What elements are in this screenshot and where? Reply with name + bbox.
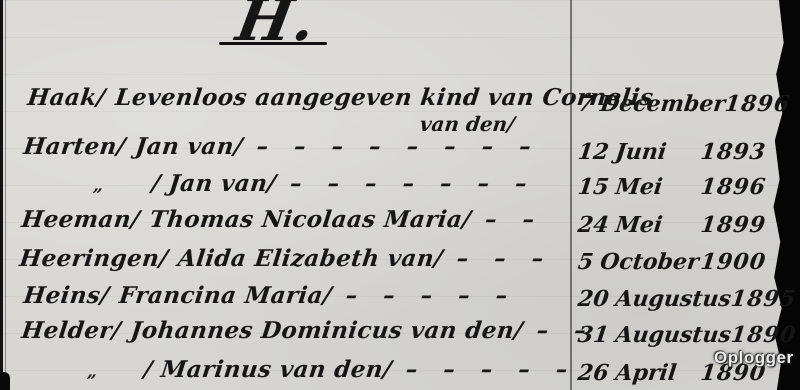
- date-day: 12: [576, 139, 610, 165]
- date-month: Augustus: [614, 286, 733, 312]
- entry-given-names: Johannes Dominicus van den/: [129, 317, 524, 344]
- entry-surname: Harten/: [22, 133, 127, 160]
- entry-given-names: Francina Maria/: [118, 282, 334, 309]
- date-year: 1893: [699, 139, 769, 165]
- date-year: 1899: [699, 212, 769, 238]
- entry-date: 20Augustus1895: [576, 286, 769, 312]
- entry-date: 7December1896: [576, 91, 769, 117]
- entry-surname: Haak/: [26, 84, 107, 111]
- date-month: December: [599, 91, 727, 117]
- entry-date: 15Mei1896: [576, 174, 769, 200]
- date-year: 1896: [723, 91, 793, 117]
- entry-date: 24Mei1899: [576, 212, 769, 238]
- viewer-watermark: Oplogger: [714, 348, 794, 368]
- entry-row: Helder/Johannes Dominicus van den/– –: [20, 317, 597, 344]
- entry-surname: Heeman/: [20, 206, 141, 233]
- entry-given-names: Jan van/: [134, 133, 244, 160]
- date-month: April: [614, 360, 678, 386]
- register-page-scan: H. Haak/Levenloos aangegeven kind van Co…: [0, 0, 800, 390]
- date-year: 1890: [729, 322, 799, 348]
- entry-surname: Heins/: [22, 282, 111, 309]
- filler-dashes: – – – – –: [344, 282, 518, 309]
- filler-dashes: – – – – – – –: [289, 170, 538, 197]
- date-day: 31: [576, 322, 610, 348]
- filler-dashes: – – – – – – – –: [255, 133, 541, 160]
- date-month: Mei: [614, 174, 664, 200]
- date-month: Mei: [614, 212, 664, 238]
- ditto-mark: „: [86, 362, 99, 382]
- date-year: 1895: [729, 286, 799, 312]
- heading-underline: [219, 42, 327, 45]
- date-day: 26: [576, 360, 610, 386]
- page-margin-line: [5, 0, 6, 390]
- date-month: October: [599, 249, 701, 275]
- date-month: Juni: [614, 139, 668, 165]
- date-day: 15: [576, 174, 610, 200]
- date-year: 1896: [699, 174, 769, 200]
- filler-dashes: – – – – –: [404, 356, 578, 383]
- date-month: Augustus: [614, 322, 733, 348]
- entry-row: Heins/Francina Maria/– – – – –: [22, 282, 518, 309]
- entry-surname: Helder/: [20, 317, 122, 344]
- ditto-mark: „: [92, 176, 105, 196]
- date-day: 24: [576, 212, 610, 238]
- date-day: 20: [576, 286, 610, 312]
- filler-dashes: – –: [483, 206, 544, 233]
- entry-date: 31Augustus1890: [576, 322, 769, 348]
- entry-row: „/ Jan van/– – – – – – –: [92, 170, 537, 197]
- entry-given-names: / Marinus van den/: [142, 356, 393, 383]
- date-year: 1900: [699, 249, 769, 275]
- entry-row: Haak/Levenloos aangegeven kind van Corne…: [26, 84, 655, 111]
- film-edge-left: [0, 0, 3, 390]
- date-day: 5: [576, 249, 595, 275]
- entry-row: Harten/Jan van/– – – – – – – –: [22, 133, 541, 160]
- entry-date: 5October1900: [576, 249, 769, 275]
- entry-row: Heeman/Thomas Nicolaas Maria/– –: [20, 206, 545, 233]
- entry-row: Heeringen/Alida Elizabeth van/– – –: [18, 245, 554, 272]
- entry-given-names: Thomas Nicolaas Maria/: [148, 206, 473, 233]
- entry-date: 12Juni1893: [576, 139, 769, 165]
- entry-given-names: / Jan van/: [150, 170, 278, 197]
- date-day: 7: [576, 91, 595, 117]
- entry-given-names: Levenloos aangegeven kind van Cornelis: [114, 84, 655, 111]
- entry-given-names: Alida Elizabeth van/: [176, 245, 444, 272]
- entry-surname: Heeringen/: [18, 245, 170, 272]
- film-edge-artifact: [0, 372, 10, 390]
- section-letter-heading: H.: [206, 0, 348, 54]
- filler-dashes: – – –: [455, 245, 554, 272]
- entry-row: „/ Marinus van den/– – – – –: [86, 356, 578, 383]
